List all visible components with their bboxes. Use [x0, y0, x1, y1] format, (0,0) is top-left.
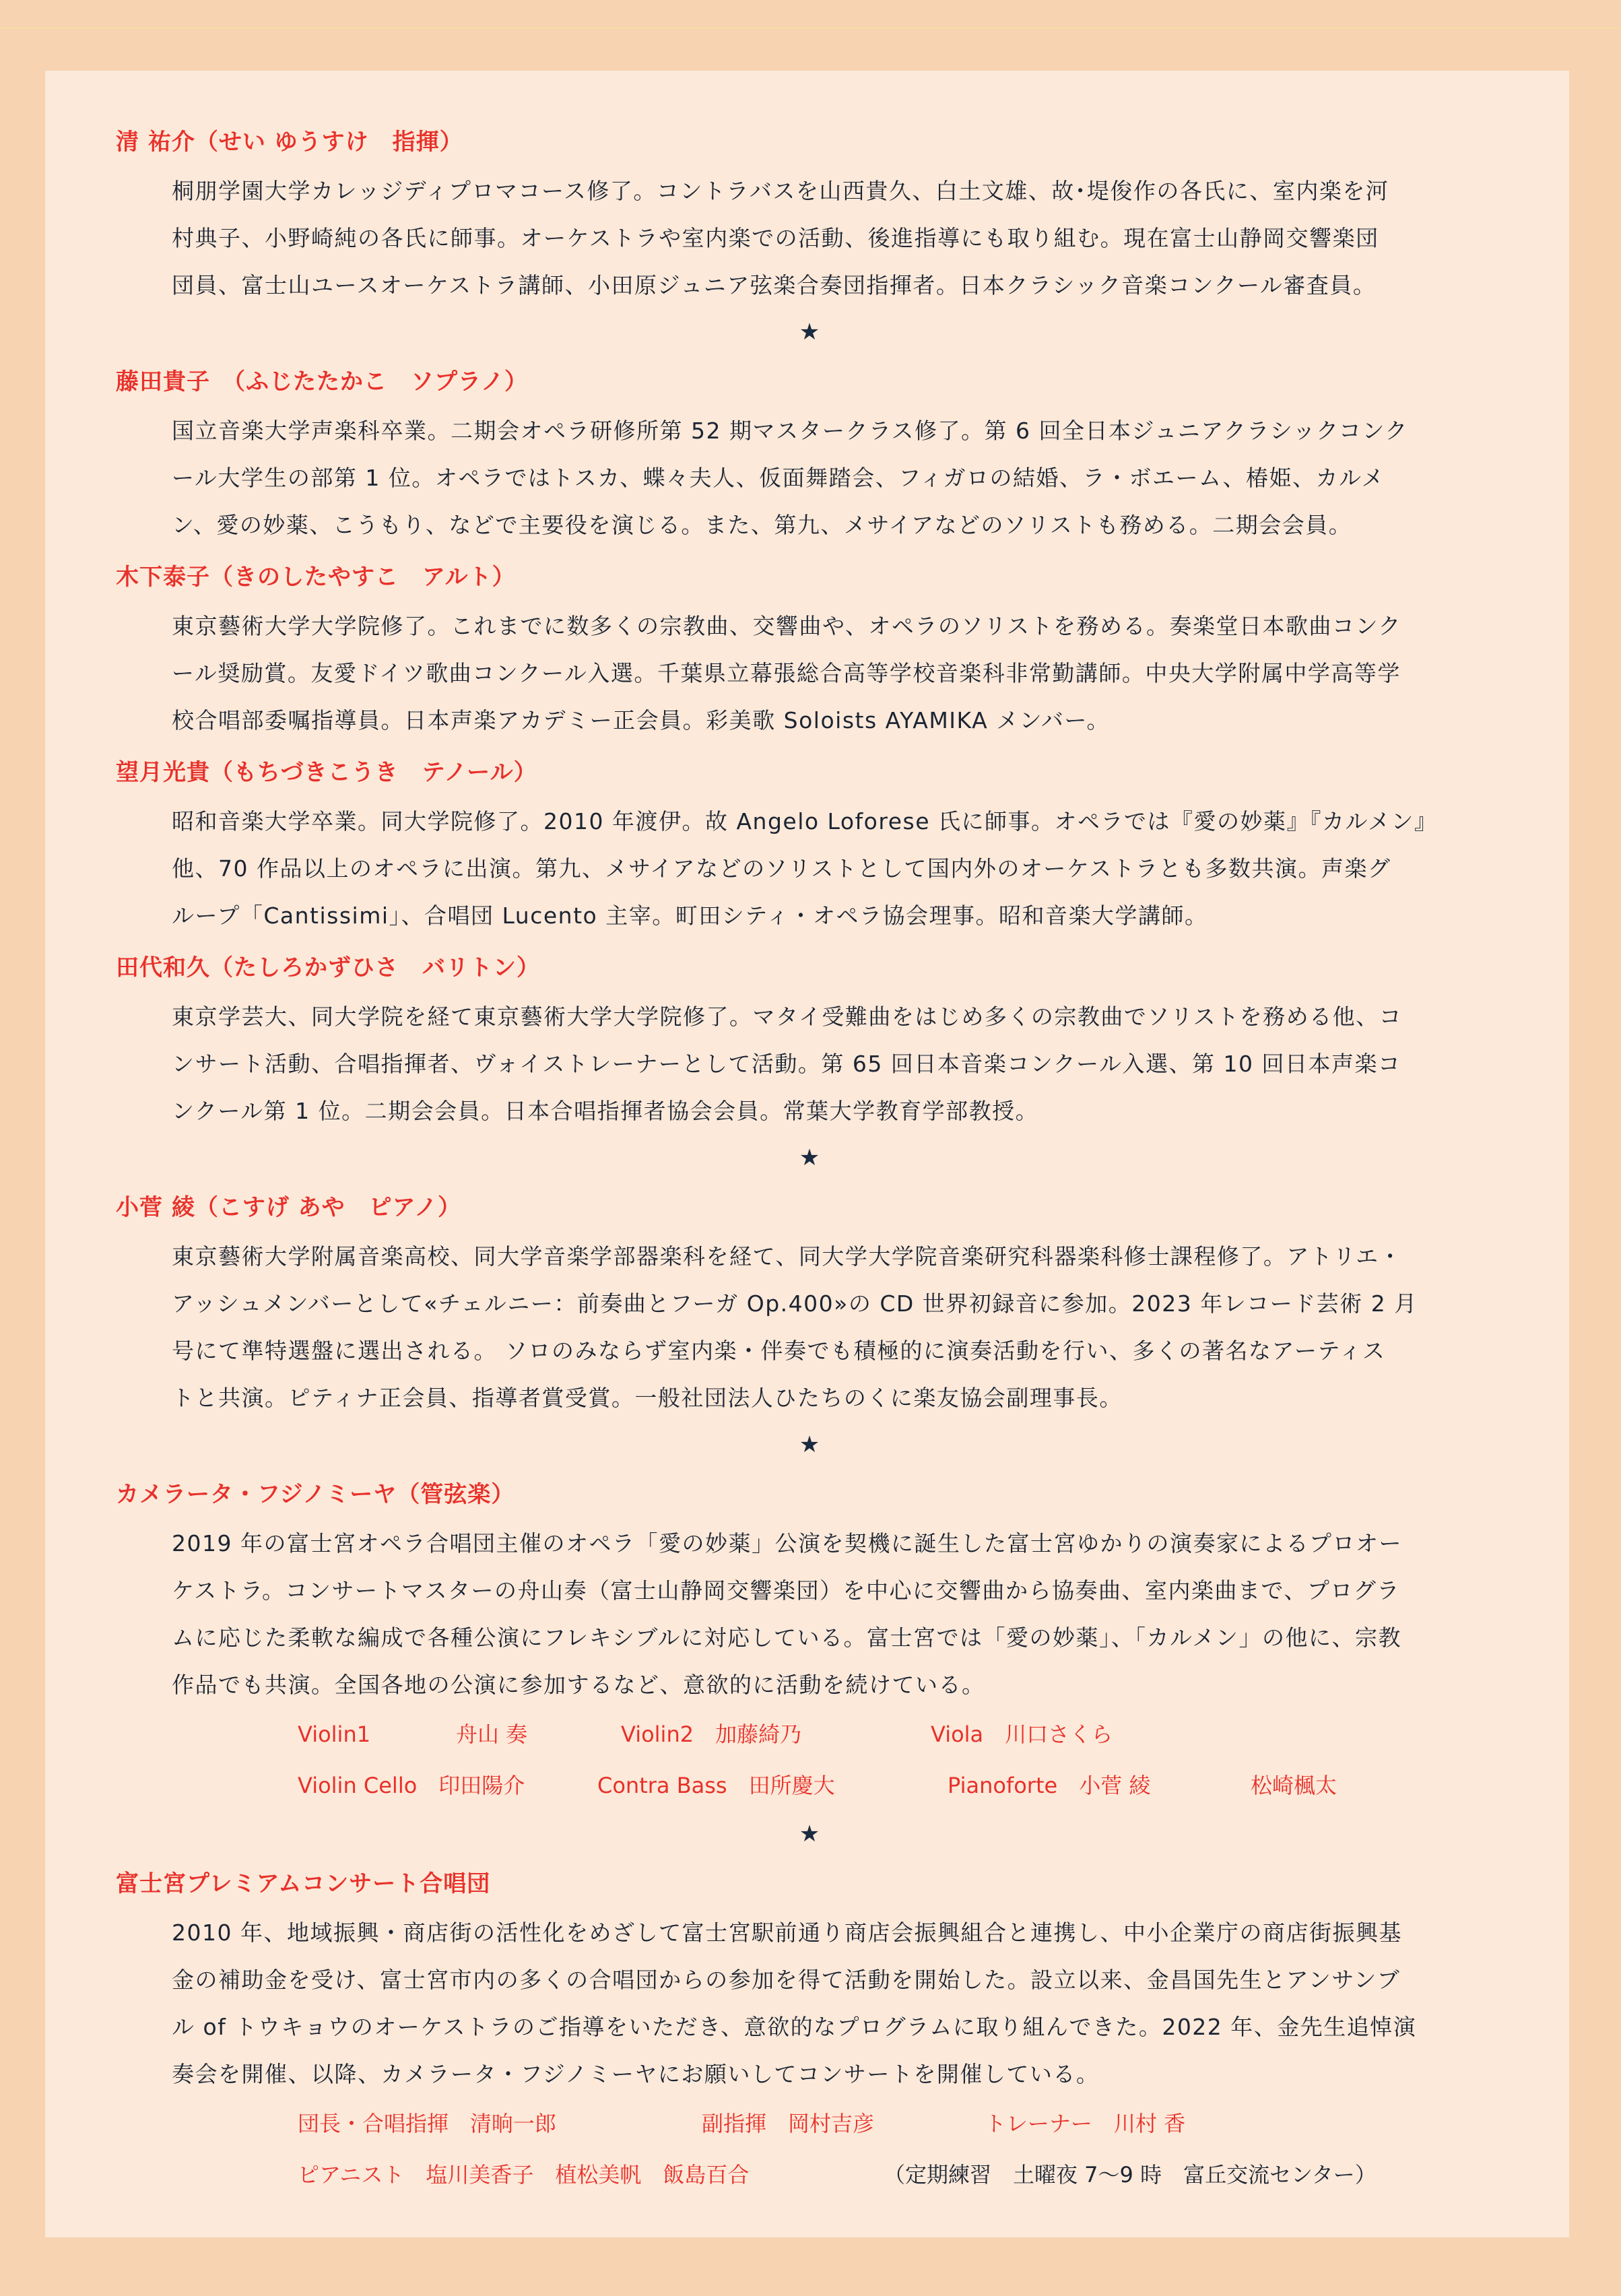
- body-line: ループ「Cantissimi」、合唱団 Lucento 主宰。町田シティ・オペラ…: [172, 892, 1505, 940]
- body-line: 東京学芸大、同大学院を経て東京藝術大学大学院修了。マタイ受難曲をはじめ多くの宗教…: [172, 993, 1505, 1041]
- body-line: ンサート活動、合唱指揮者、ヴォイストレーナーとして活動。第 65 回日本音楽コン…: [172, 1041, 1505, 1088]
- body-line: 東京藝術大学附属音楽高校、同大学音楽学部器楽科を経て、同大学大学院音楽研究科器楽…: [172, 1233, 1505, 1280]
- spacer: [116, 744, 1503, 756]
- rehearsal-note: （定期練習 土曜夜 7～9 時 富丘交流センター）: [884, 2149, 1377, 2200]
- profile-body: 昭和音楽大学卒業。同大学院修了。2010 年渡伊。故 Angelo Lofore…: [172, 798, 1505, 940]
- profile-orchestra: カメラータ・フジノミーヤ（管弦楽） 2019 年の富士宮オペラ合唱団主催のオペラ…: [116, 1478, 1503, 1811]
- profile-baritone: 田代和久（たしろかずひさ バリトン） 東京学芸大、同大学院を経て東京藝術大学大学…: [116, 952, 1503, 1135]
- member-entry: Viola 川口さくら: [931, 1709, 1113, 1760]
- spacer: [116, 940, 1503, 952]
- body-line: 号にて準特選盤に選出される。 ソロのみならず室内楽・伴奏でも積極的に演奏活動を行…: [172, 1327, 1505, 1375]
- member-entry: ピアニスト 塩川美香子 植松美帆 飯島百合: [298, 2149, 749, 2200]
- profile-heading: 藤田貴子 （ふじたたかこ ソプラノ）: [116, 366, 1503, 398]
- member-entry: 団長・合唱指揮 清晌一郎: [298, 2098, 556, 2149]
- member-name: 松崎楓太: [1251, 1760, 1337, 1811]
- body-line: 作品でも共演。全国各地の公演に参加するなど、意欲的に活動を続けている。: [172, 1662, 1505, 1709]
- profile-heading: カメラータ・フジノミーヤ（管弦楽）: [116, 1478, 1503, 1511]
- profile-body: 桐朋学園大学カレッジディプロマコース修了。コントラバスを山西貴久、白土文雄、故･…: [172, 168, 1505, 309]
- body-line: 奏会を開催、以降、カメラータ・フジノミーヤにお願いしてコンサートを開催している。: [172, 2051, 1505, 2098]
- body-line: ール大学生の部第 1 位。オペラではトスカ、蝶々夫人、仮面舞踏会、フィガロの結婚…: [172, 455, 1505, 502]
- orchestra-members: Violin1 舟山 奏 Violin2 加藤綺乃 Viola 川口さくら Vi…: [298, 1709, 1503, 1811]
- profile-body: 国立音楽大学声楽科卒業。二期会オペラ研修所第 52 期マスタークラス修了。第 6…: [172, 407, 1505, 549]
- profile-body: 2010 年、地域振興・商店街の活性化をめざして富士宮駅前通り商店会振興組合と連…: [172, 1909, 1505, 2098]
- body-line: ン、愛の妙薬、こうもり、などで主要役を演じる。また、第九、メサイアなどのソリスト…: [172, 502, 1505, 549]
- spacer: [116, 549, 1503, 561]
- paper-fold-line: [0, 27, 1621, 28]
- member-part: Violin1: [298, 1709, 370, 1760]
- body-line: ンクール第 1 位。二期会会員。日本合唱指揮者協会会員。常葉大学教育学部教授。: [172, 1088, 1505, 1135]
- member-entry: Pianoforte 小菅 綾: [948, 1760, 1150, 1811]
- profile-body: 東京学芸大、同大学院を経て東京藝術大学大学院修了。マタイ受難曲をはじめ多くの宗教…: [172, 993, 1505, 1135]
- profile-heading: 富士宮プレミアムコンサート合唱団: [116, 1868, 1503, 1900]
- body-line: ムに応じた柔軟な編成で各種公演にフレキシブルに対応している。富士宮では「愛の妙薬…: [172, 1614, 1505, 1662]
- member-entry: トレーナー 川村 香: [985, 2098, 1185, 2149]
- body-line: アッシュメンバーとして«チェルニー：前奏曲とフーガ Op.400»の CD 世界…: [172, 1280, 1505, 1327]
- members-row: Violin Cello 印田陽介 Contra Bass 田所慶大 Piano…: [298, 1760, 1503, 1811]
- profile-soprano: 藤田貴子 （ふじたたかこ ソプラノ） 国立音楽大学声楽科卒業。二期会オペラ研修所…: [116, 366, 1503, 549]
- profiles-content: 清 祐介（せい ゆうすけ 指揮） 桐朋学園大学カレッジディプロマコース修了。コン…: [116, 126, 1503, 2200]
- member-entry: Violin Cello 印田陽介: [298, 1760, 525, 1811]
- member-entry: Violin2 加藤綺乃: [621, 1709, 801, 1760]
- body-line: 他、70 作品以上のオペラに出演。第九、メサイアなどのソリストとして国内外のオー…: [172, 845, 1505, 892]
- body-line: 国立音楽大学声楽科卒業。二期会オペラ研修所第 52 期マスタークラス修了。第 6…: [172, 407, 1505, 455]
- body-line: 昭和音楽大学卒業。同大学院修了。2010 年渡伊。故 Angelo Lofore…: [172, 798, 1505, 845]
- profile-heading: 望月光貴（もちづきこうき テノール）: [116, 756, 1503, 789]
- star-separator-icon: ★: [116, 1814, 1503, 1854]
- profile-body: 東京藝術大学附属音楽高校、同大学音楽学部器楽科を経て、同大学大学院音楽研究科器楽…: [172, 1233, 1505, 1422]
- star-separator-icon: ★: [116, 312, 1503, 352]
- body-line: 金の補助金を受け、富士宮市内の多くの合唱団からの参加を得て活動を開始した。設立以…: [172, 1957, 1505, 2004]
- content-panel: 清 祐介（せい ゆうすけ 指揮） 桐朋学園大学カレッジディプロマコース修了。コン…: [45, 71, 1569, 2237]
- body-line: 団員、富士山ユースオーケストラ講師、小田原ジュニア弦楽合奏団指揮者。日本クラシッ…: [172, 262, 1505, 309]
- profile-tenor: 望月光貴（もちづきこうき テノール） 昭和音楽大学卒業。同大学院修了。2010 …: [116, 756, 1503, 940]
- member-entry: 副指揮 岡村吉彦: [702, 2098, 874, 2149]
- body-line: トと共演。ピティナ正会員、指導者賞受賞。一般社団法人ひたちのくに楽友協会副理事長…: [172, 1375, 1505, 1422]
- profile-heading: 小菅 綾（こすげ あや ピアノ）: [116, 1191, 1503, 1224]
- members-row: ピアニスト 塩川美香子 植松美帆 飯島百合 （定期練習 土曜夜 7～9 時 富丘…: [298, 2149, 1503, 2200]
- profile-body: 2019 年の富士宮オペラ合唱団主催のオペラ「愛の妙薬」公演を契機に誕生した富士…: [172, 1520, 1505, 1709]
- profile-heading: 木下泰子（きのしたやすこ アルト）: [116, 561, 1503, 593]
- star-separator-icon: ★: [116, 1424, 1503, 1465]
- members-row: 団長・合唱指揮 清晌一郎 副指揮 岡村吉彦 トレーナー 川村 香: [298, 2098, 1503, 2149]
- profile-heading: 清 祐介（せい ゆうすけ 指揮）: [116, 126, 1503, 158]
- profile-body: 東京藝術大学大学院修了。これまでに数多くの宗教曲、交響曲や、オペラのソリストを務…: [172, 603, 1505, 744]
- member-entry: Contra Bass 田所慶大: [597, 1760, 835, 1811]
- body-line: 2010 年、地域振興・商店街の活性化をめざして富士宮駅前通り商店会振興組合と連…: [172, 1909, 1505, 1957]
- body-line: ル of トウキョウのオーケストラのご指導をいただき、意欲的なプログラムに取り組…: [172, 2004, 1505, 2051]
- body-line: ール奨励賞。友愛ドイツ歌曲コンクール入選。千葉県立幕張総合高等学校音楽科非常勤講…: [172, 650, 1505, 697]
- profile-piano: 小菅 綾（こすげ あや ピアノ） 東京藝術大学附属音楽高校、同大学音楽学部器楽科…: [116, 1191, 1503, 1422]
- body-line: 桐朋学園大学カレッジディプロマコース修了。コントラバスを山西貴久、白土文雄、故･…: [172, 168, 1505, 215]
- body-line: 校合唱部委嘱指導員。日本声楽アカデミー正会員。彩美歌 Soloists AYAM…: [172, 697, 1505, 744]
- body-line: 東京藝術大学大学院修了。これまでに数多くの宗教曲、交響曲や、オペラのソリストを務…: [172, 603, 1505, 650]
- profile-conductor: 清 祐介（せい ゆうすけ 指揮） 桐朋学園大学カレッジディプロマコース修了。コン…: [116, 126, 1503, 309]
- profile-heading: 田代和久（たしろかずひさ バリトン）: [116, 952, 1503, 984]
- body-line: ケストラ。コンサートマスターの舟山奏（富士山静岡交響楽団）を中心に交響曲から協奏…: [172, 1567, 1505, 1614]
- profile-chorus: 富士宮プレミアムコンサート合唱団 2010 年、地域振興・商店街の活性化をめざし…: [116, 1868, 1503, 2200]
- profile-alto: 木下泰子（きのしたやすこ アルト） 東京藝術大学大学院修了。これまでに数多くの宗…: [116, 561, 1503, 744]
- member-name: 舟山 奏: [456, 1709, 527, 1760]
- body-line: 2019 年の富士宮オペラ合唱団主催のオペラ「愛の妙薬」公演を契機に誕生した富士…: [172, 1520, 1505, 1567]
- chorus-members: 団長・合唱指揮 清晌一郎 副指揮 岡村吉彦 トレーナー 川村 香 ピアニスト 塩…: [298, 2098, 1503, 2200]
- star-separator-icon: ★: [116, 1138, 1503, 1178]
- body-line: 村典子、小野崎純の各氏に師事。オーケストラや室内楽での活動、後進指導にも取り組む…: [172, 215, 1505, 262]
- members-row: Violin1 舟山 奏 Violin2 加藤綺乃 Viola 川口さくら: [298, 1709, 1503, 1760]
